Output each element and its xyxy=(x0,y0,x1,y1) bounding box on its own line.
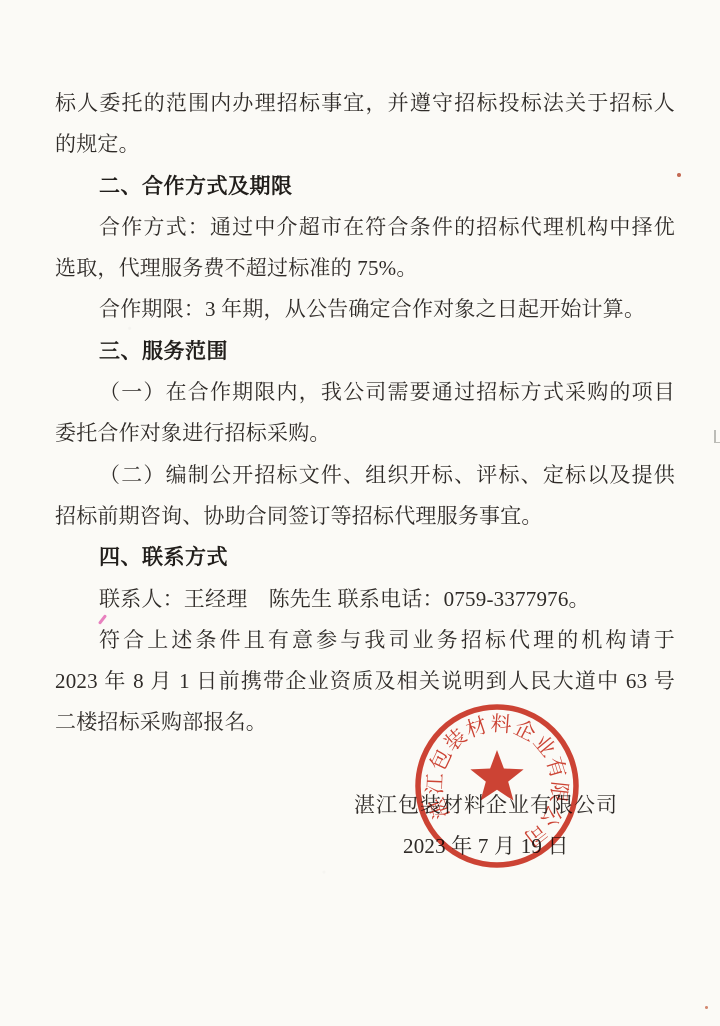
ink-dot-artifact xyxy=(677,173,681,177)
body-line: （一）在合作期限内，我公司需要通过招标方式采购的项目 xyxy=(55,372,675,413)
body-line: 标人委托的范围内办理招标事宜，并遵守招标投标法关于招标人 xyxy=(55,83,675,124)
body-line: 合作方式：通过中介超市在符合条件的招标代理机构中择优 xyxy=(55,207,675,248)
body-line: 招标前期咨询、协助合同签订等招标代理服务事宜。 xyxy=(55,496,675,537)
ink-speck-artifact xyxy=(705,1006,708,1009)
scan-edge-artifact xyxy=(714,430,720,443)
body-line: （二）编制公开招标文件、组织开标、评标、定标以及提供 xyxy=(55,455,675,496)
section-heading-cooperation: 二、合作方式及期限 xyxy=(55,166,675,207)
body-line: 符合上述条件且有意参与我司业务招标代理的机构请于 xyxy=(55,620,675,661)
body-line: 委托合作对象进行招标采购。 xyxy=(55,413,675,454)
section-heading-service-scope: 三、服务范围 xyxy=(55,331,675,372)
seal-star-icon xyxy=(470,750,523,801)
body-line: 选取，代理服务费不超过标准的 75%。 xyxy=(55,248,675,289)
section-heading-contact: 四、联系方式 xyxy=(55,537,675,578)
body-line: 合作期限：3 年期，从公告确定合作对象之日起开始计算。 xyxy=(55,289,675,330)
company-seal-stamp: 湛江包装材料企业有限公司 xyxy=(397,686,597,886)
contact-info-line: 联系人：王经理 陈先生 联系电话：0759-3377976。 xyxy=(55,579,675,620)
scanned-document-page: 标人委托的范围内办理招标事宜，并遵守招标投标法关于招标人 的规定。 二、合作方式… xyxy=(0,0,720,1026)
body-line: 的规定。 xyxy=(55,124,675,165)
